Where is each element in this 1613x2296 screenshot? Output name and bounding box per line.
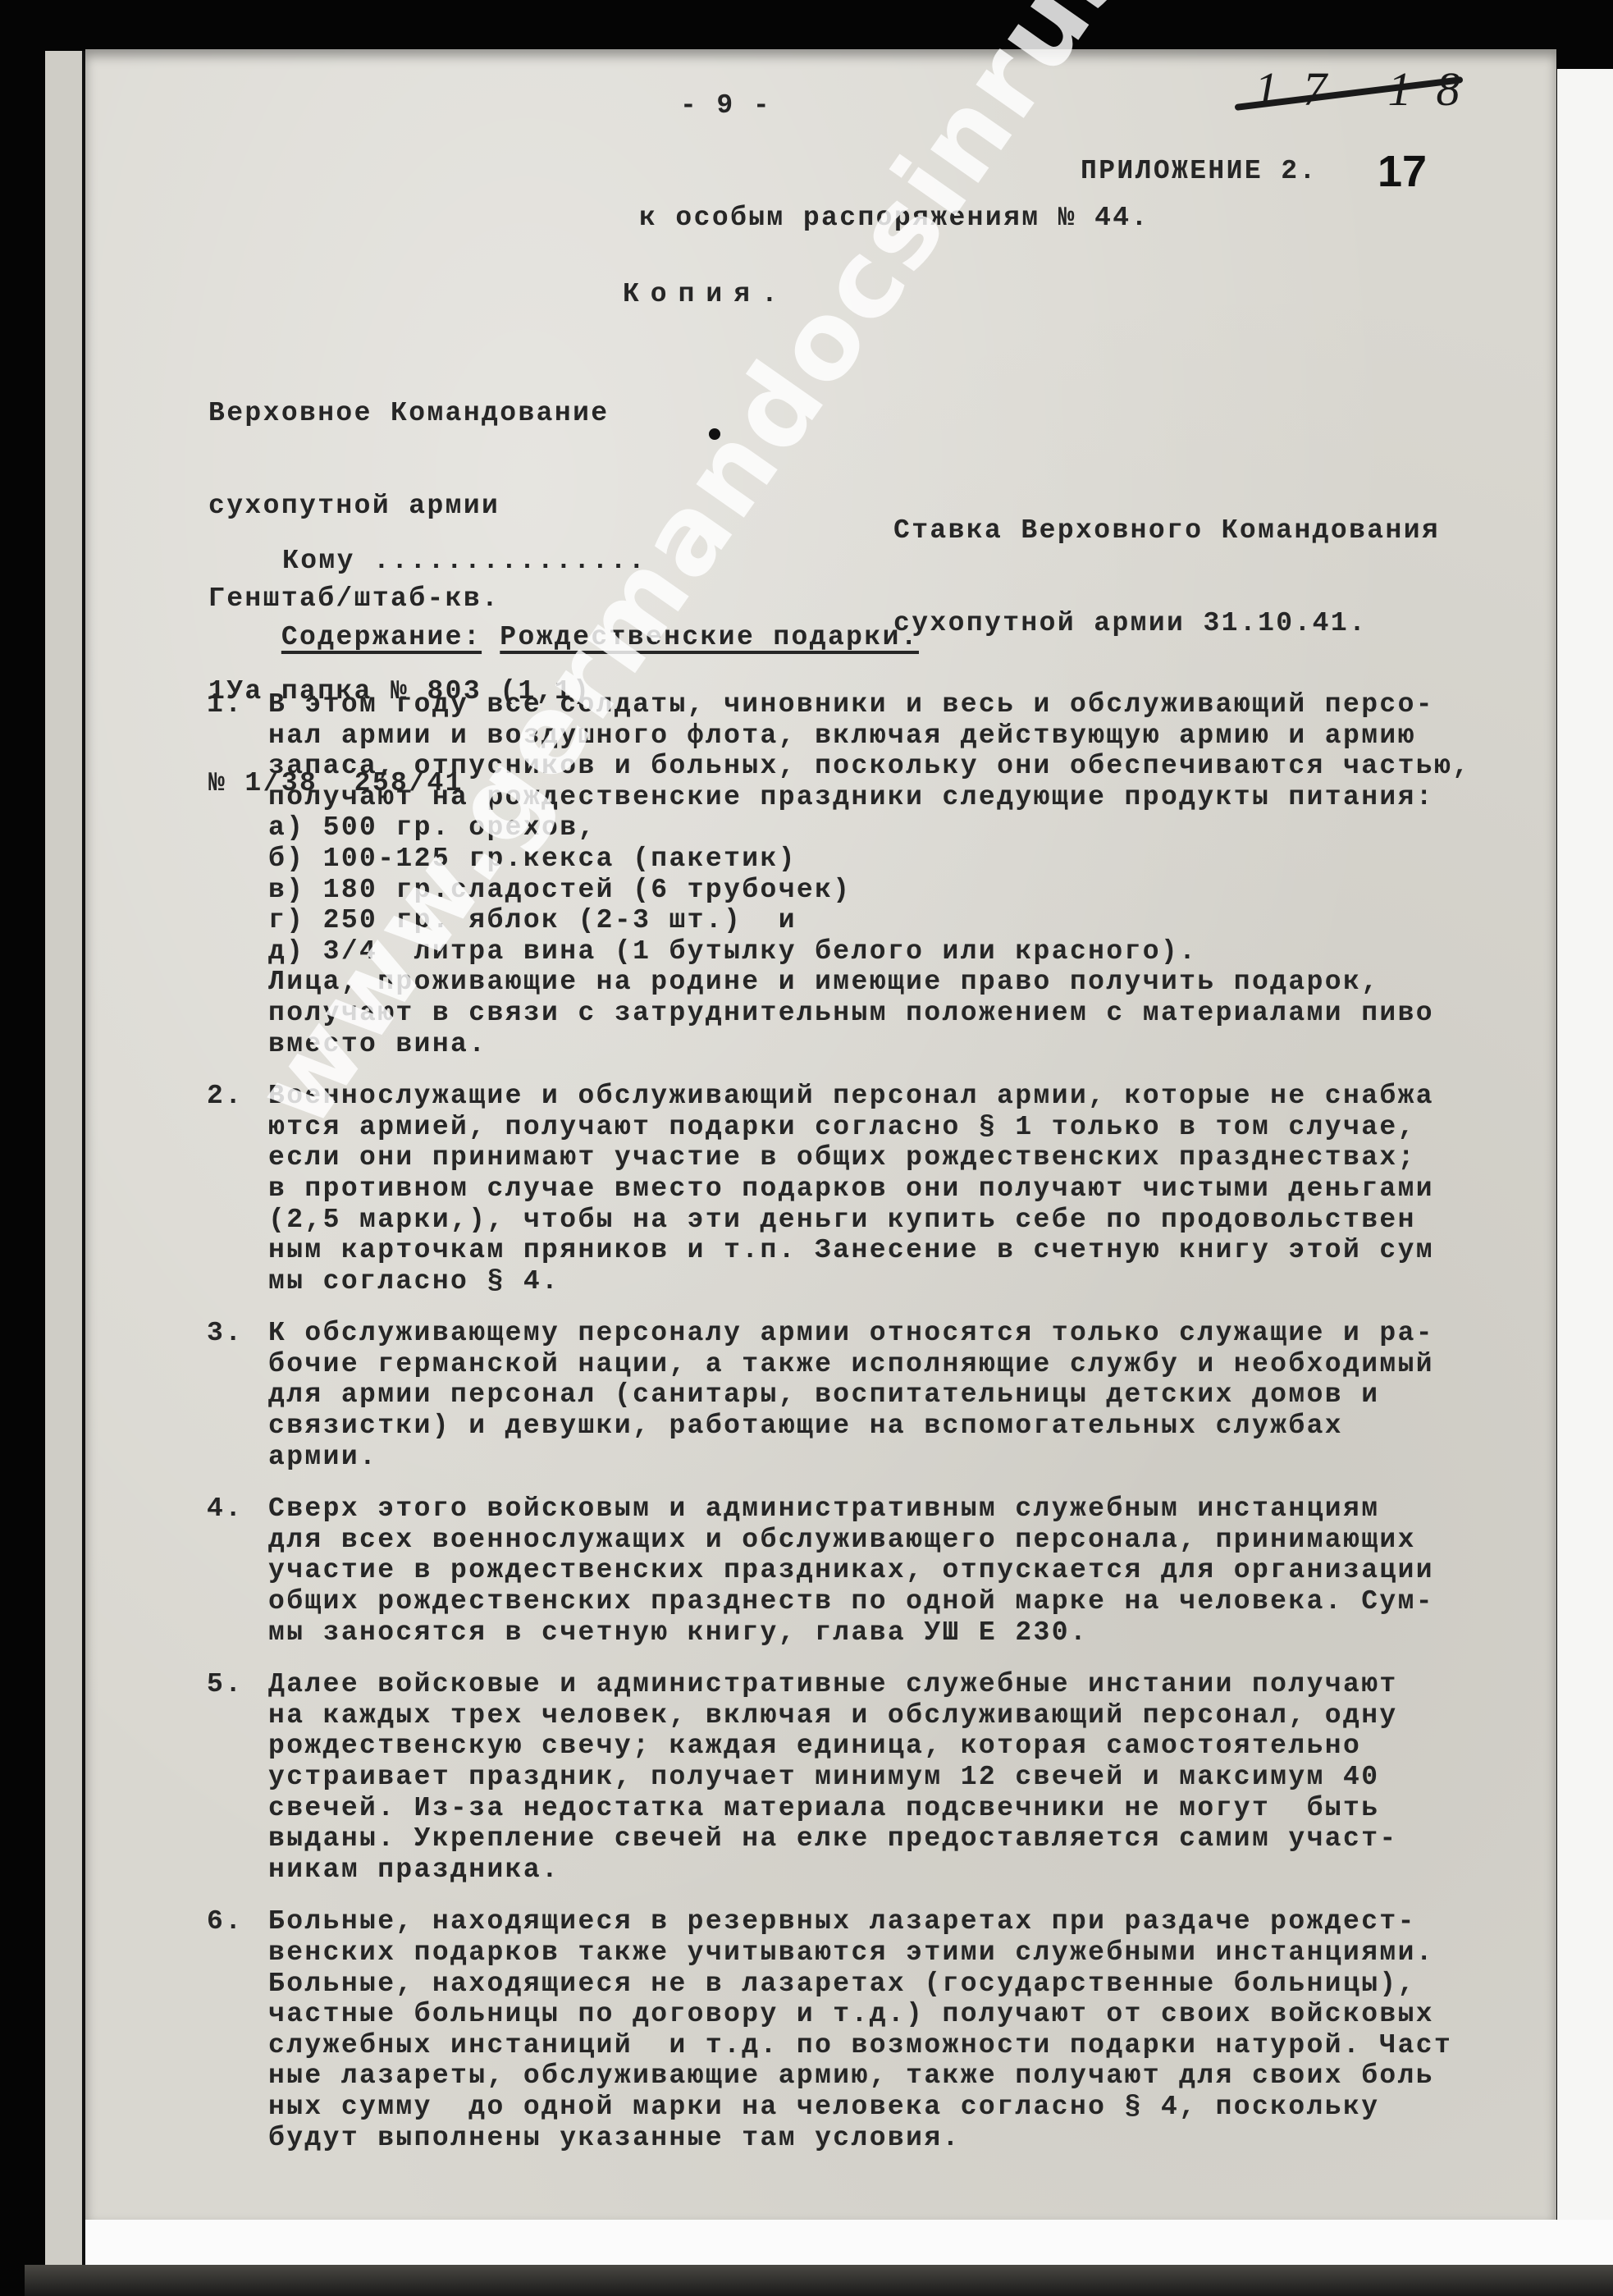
paragraph-line: а) 500 гр. орехов, — [268, 812, 1569, 844]
paragraph-line: Сверх этого войсковым и административным… — [268, 1493, 1569, 1525]
paragraph-line: получают в связи с затруднительным полож… — [268, 998, 1569, 1029]
paragraph-line: б) 100-125 гр.кекса (пакетик) — [268, 844, 1569, 875]
paragraph-line: (2,5 марки,), чтобы на эти деньги купить… — [268, 1205, 1569, 1236]
paragraph-line: в) 180 гр.сладостей (6 трубочек) — [268, 875, 1569, 906]
paragraph-line: д) 3/4 литра вина (1 бутылку белого или … — [268, 936, 1569, 967]
paragraph-number: 1. — [207, 689, 243, 720]
place-date-line: сухопутной армии 31.10.41. — [893, 608, 1440, 639]
paragraph-line: армии. — [268, 1442, 1569, 1473]
document-page: - 9 - 17 18 ПРИЛОЖЕНИЕ 2. 17 к особым ра… — [85, 49, 1556, 2220]
subject-line: Содержание: Рождественские подарки. — [208, 591, 919, 684]
scan-background-bottom — [85, 2220, 1613, 2265]
recipient-line: Кому ............... — [282, 546, 647, 577]
paragraph-line: получают на рождественские праздники сле… — [268, 782, 1569, 813]
subject-label: Содержание: — [281, 622, 482, 652]
page-number: - 9 - — [680, 90, 771, 121]
paragraph-line: выданы. Укрепление свечей на елке предос… — [268, 1823, 1569, 1855]
paragraph-number: 6. — [207, 1906, 243, 1937]
paragraph-line: рождественскую свечу; каждая единица, ко… — [268, 1731, 1569, 1762]
paragraph-line: Лица, проживающие на родине и имеющие пр… — [268, 967, 1569, 998]
paragraph-5: 5.Далее войсковые и административные слу… — [207, 1669, 1569, 1885]
handwritten-crossed-number: 17 18 — [1254, 62, 1485, 117]
appendix-label: ПРИЛОЖЕНИЕ 2. — [1081, 156, 1318, 187]
sender-line: сухопутной армии — [208, 491, 609, 522]
underlying-sheet-edge — [45, 51, 87, 2283]
handwritten-page-number: 17 — [1378, 146, 1427, 197]
scan-bottom-edge — [25, 2265, 1613, 2296]
paragraph-line: участие в рождественских праздниках, отп… — [268, 1555, 1569, 1586]
paragraph-number: 3. — [207, 1318, 243, 1349]
paragraph-line: Далее войсковые и административные служе… — [268, 1669, 1569, 1700]
paragraph-2: 2.Военнослужащие и обслуживающий персона… — [207, 1081, 1569, 1297]
paragraph-3: 3.К обслуживающему персоналу армии относ… — [207, 1318, 1569, 1472]
paragraph-line: связистки) и девушки, работающие на вспо… — [268, 1411, 1569, 1442]
paragraph-number: 5. — [207, 1669, 243, 1700]
paragraph-line: служебных инстаниций и т.д. по возможнос… — [268, 2030, 1569, 2061]
paragraph-line: мы согласно § 4. — [268, 1266, 1569, 1297]
paragraph-line: на каждых трех человек, включая и обслуж… — [268, 1700, 1569, 1731]
paragraph-line: венских подарков также учитываются этими… — [268, 1937, 1569, 1969]
paragraph-line: вместо вина. — [268, 1029, 1569, 1060]
paragraph-line: Больные, находящиеся в резервных лазарет… — [268, 1906, 1569, 1937]
paragraph-number: 4. — [207, 1493, 243, 1525]
paragraph-line: будут выполнены указанные там условия. — [268, 2123, 1569, 2154]
paragraph-line: ные лазареты, обслуживающие армию, также… — [268, 2060, 1569, 2092]
paragraph-line: запаса, отпусников и больных, поскольку … — [268, 751, 1569, 782]
subject-value: Рождественские подарки. — [500, 622, 919, 652]
paragraph-line: бочие германской нации, а также исполняю… — [268, 1349, 1569, 1380]
paragraph-line: если они принимают участие в общих рожде… — [268, 1142, 1569, 1173]
paragraph-line: К обслуживающему персоналу армии относят… — [268, 1318, 1569, 1349]
paragraph-line: В этом году все солдаты, чиновники и вес… — [268, 689, 1569, 720]
paragraph-line: для армии персонал (санитары, воспитател… — [268, 1379, 1569, 1411]
paragraph-number: 2. — [207, 1081, 243, 1112]
paragraph-line: Военнослужащие и обслуживающий персонал … — [268, 1081, 1569, 1112]
paragraph-6: 6.Больные, находящиеся в резервных лазар… — [207, 1906, 1569, 2153]
paragraph-line: свечей. Из-за недостатка материала подсв… — [268, 1793, 1569, 1824]
paragraph-line: частные больницы по договору и т.д.) пол… — [268, 1999, 1569, 2030]
paragraph-line: никам праздника. — [268, 1855, 1569, 1886]
document-body: 1.В этом году все солдаты, чиновники и в… — [207, 689, 1569, 2175]
place-date-block: Ставка Верховного Командования сухопутно… — [893, 454, 1440, 701]
paragraph-4: 4.Сверх этого войсковым и административн… — [207, 1493, 1569, 1648]
paragraph-line: ных сумму до одной марки на человека сог… — [268, 2092, 1569, 2123]
orders-reference: к особым распоряжениям № 44. — [639, 203, 1149, 234]
copy-label: Копия. — [623, 279, 789, 310]
paragraph-line: Больные, находящиеся не в лазаретах (гос… — [268, 1969, 1569, 2000]
paragraph-line: ются армией, получают подарки согласно §… — [268, 1112, 1569, 1143]
punch-mark — [709, 428, 720, 440]
paragraph-line: мы заносятся в счетную книгу, глава УШ Е… — [268, 1617, 1569, 1649]
paragraph-line: устраивает праздник, получает минимум 12… — [268, 1762, 1569, 1793]
paragraph-line: в противном случае вместо подарков они п… — [268, 1173, 1569, 1205]
paragraph-line: ным карточкам пряников и т.п. Занесение … — [268, 1235, 1569, 1266]
place-date-line: Ставка Верховного Командования — [893, 515, 1440, 547]
sender-line: Верховное Командование — [208, 398, 609, 429]
paragraph-line: нал армии и воздушного флота, включая де… — [268, 720, 1569, 752]
paragraph-1: 1.В этом году все солдаты, чиновники и в… — [207, 689, 1569, 1059]
paragraph-line: для всех военнослужащих и обслуживающего… — [268, 1525, 1569, 1556]
paragraph-line: г) 250 гр. яблок (2-3 шт.) и — [268, 905, 1569, 936]
paragraph-line: общих рождественских празднеств по одной… — [268, 1586, 1569, 1617]
